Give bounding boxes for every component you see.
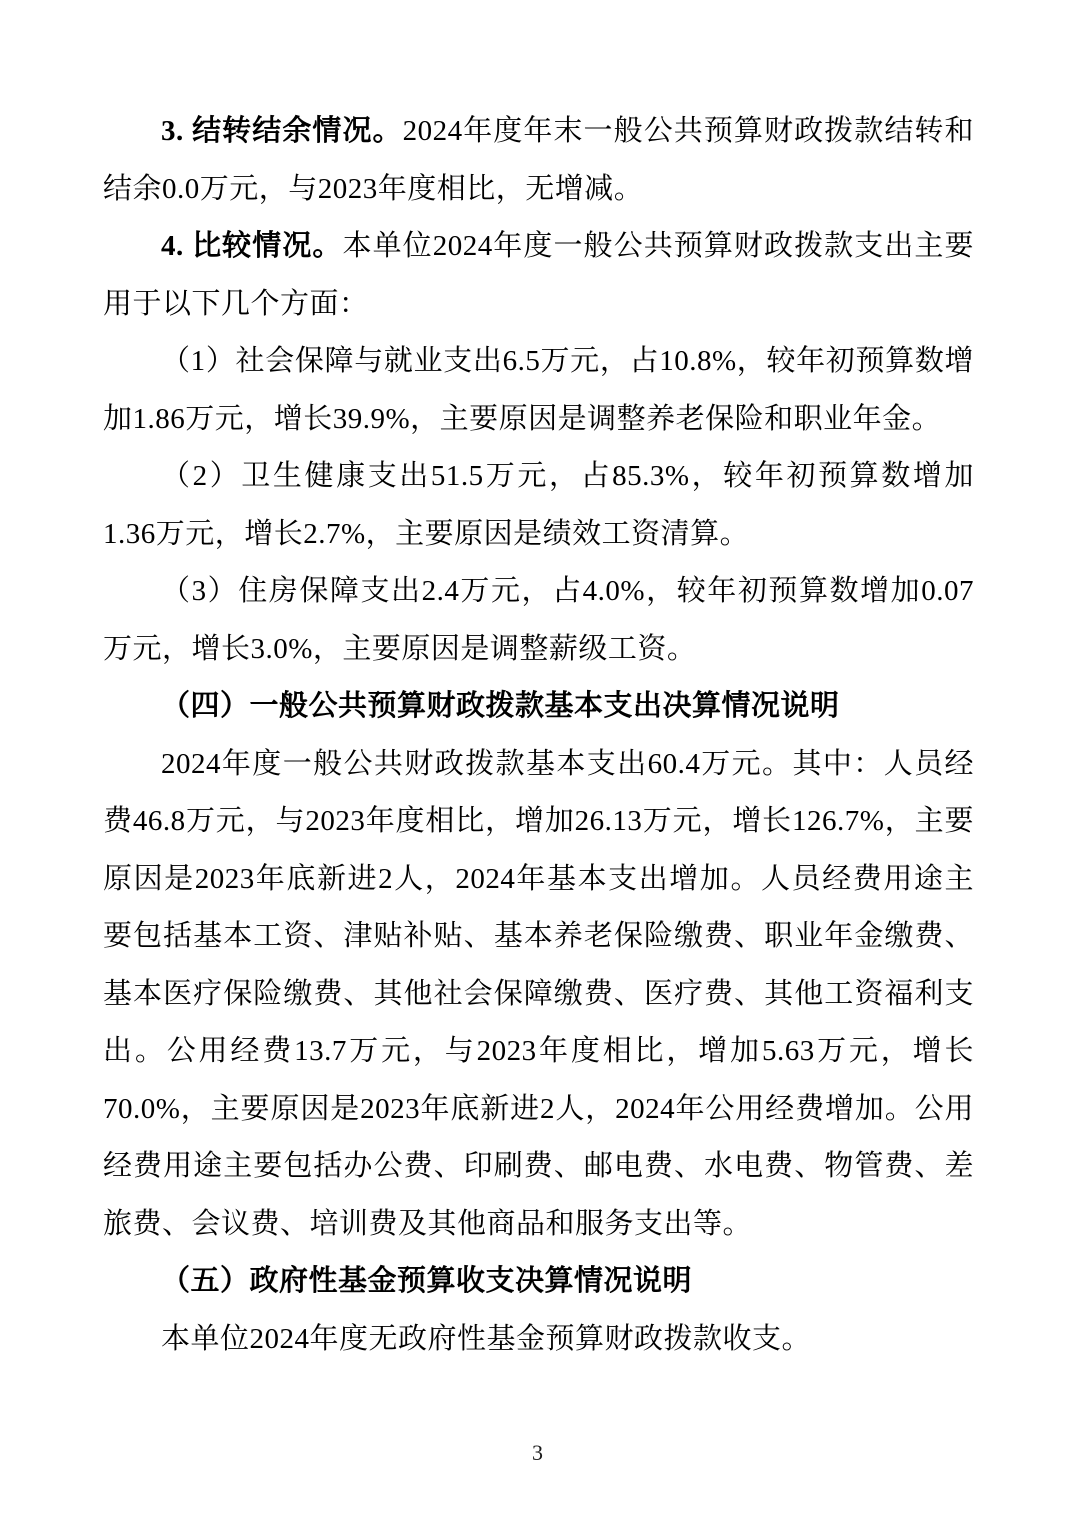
paragraph: （2）卫生健康支出51.5万元，占85.3%，较年初预算数增加1.36万元，增长… bbox=[103, 448, 974, 563]
section-heading: （五）政府性基金预算收支决算情况说明 bbox=[103, 1253, 974, 1311]
paragraph: 2024年度一般公共财政拨款基本支出60.4万元。其中：人员经费46.8万元，与… bbox=[103, 736, 974, 1254]
paragraph: 3. 结转结余情况。2024年度年末一般公共预算财政拨款结转和结余0.0万元，与… bbox=[103, 103, 974, 218]
paragraph: 4. 比较情况。本单位2024年度一般公共预算财政拨款支出主要用于以下几个方面： bbox=[103, 218, 974, 333]
paragraph-lead: 4. 比较情况。 bbox=[161, 230, 342, 262]
paragraph-lead: 3. 结转结余情况。 bbox=[161, 115, 403, 147]
page-number: 3 bbox=[0, 1438, 1075, 1468]
paragraph: （3）住房保障支出2.4万元，占4.0%，较年初预算数增加0.07万元，增长3.… bbox=[103, 563, 974, 678]
paragraph: 本单位2024年度无政府性基金预算财政拨款收支。 bbox=[103, 1311, 974, 1369]
section-heading: （四）一般公共预算财政拨款基本支出决算情况说明 bbox=[103, 678, 974, 736]
paragraph: （1）社会保障与就业支出6.5万元，占10.8%，较年初预算数增加1.86万元，… bbox=[103, 333, 974, 448]
document-page: 3. 结转结余情况。2024年度年末一般公共预算财政拨款结转和结余0.0万元，与… bbox=[0, 0, 1075, 1520]
document-body: 3. 结转结余情况。2024年度年末一般公共预算财政拨款结转和结余0.0万元，与… bbox=[103, 103, 974, 1368]
